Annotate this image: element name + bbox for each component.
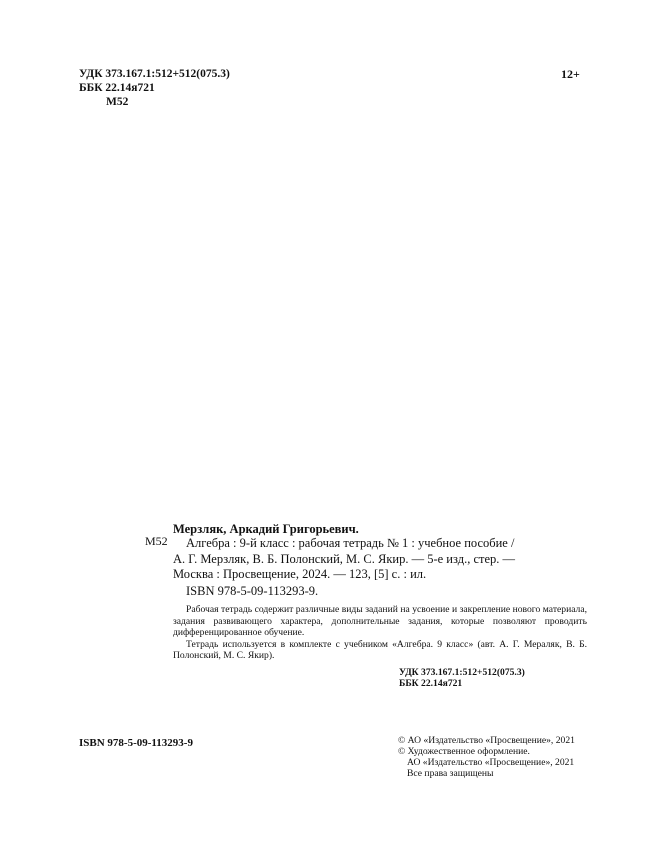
catalog-author-sign: М52 — [145, 534, 168, 549]
author-sign: М52 — [79, 95, 230, 109]
copyright-line: © АО «Издательство «Просвещение», 2021 — [398, 735, 575, 746]
catalog-card: Мерзляк, Аркадий Григорьевич. Алгебра : … — [173, 522, 593, 690]
copyright-block: © АО «Издательство «Просвещение», 2021 ©… — [398, 735, 575, 779]
catalog-author: Мерзляк, Аркадий Григорьевич. — [173, 522, 593, 536]
annotation-paragraph: Рабочая тетрадь содержит различные виды … — [173, 604, 587, 639]
catalog-isbn: ISBN 978-5-09-113293-9. — [173, 584, 593, 600]
bbk-code: ББК 22.14я721 — [79, 81, 230, 95]
annotation-paragraph: Тетрадь используется в комплекте с учебн… — [173, 639, 587, 662]
copyright-line: АО «Издательство «Просвещение», 2021 — [398, 757, 575, 768]
copyright-line: © Художественное оформление. — [398, 746, 575, 757]
footer-isbn: ISBN 978-5-09-113293-9 — [79, 737, 193, 749]
bibliographic-description: Алгебра : 9-й класс : рабочая тетрадь № … — [173, 536, 593, 583]
udk-code: УДК 373.167.1:512+512(075.3) — [79, 67, 230, 81]
biblio-line: А. Г. Мерзляк, В. Б. Полонский, М. С. Як… — [173, 552, 593, 568]
age-rating: 12+ — [561, 67, 580, 82]
annotation: Рабочая тетрадь содержит различные виды … — [173, 604, 587, 662]
copyright-line: Все права защищены — [398, 768, 575, 779]
catalog-udk: УДК 373.167.1:512+512(075.3) — [399, 667, 593, 679]
biblio-line: Алгебра : 9-й класс : рабочая тетрадь № … — [173, 536, 593, 552]
classification-codes: УДК 373.167.1:512+512(075.3) ББК 22.14я7… — [79, 67, 230, 109]
biblio-line: Москва : Просвещение, 2024. — 123, [5] с… — [173, 567, 593, 583]
catalog-codes: УДК 373.167.1:512+512(075.3) ББК 22.14я7… — [173, 667, 593, 690]
catalog-bbk: ББК 22.14я721 — [399, 678, 593, 690]
